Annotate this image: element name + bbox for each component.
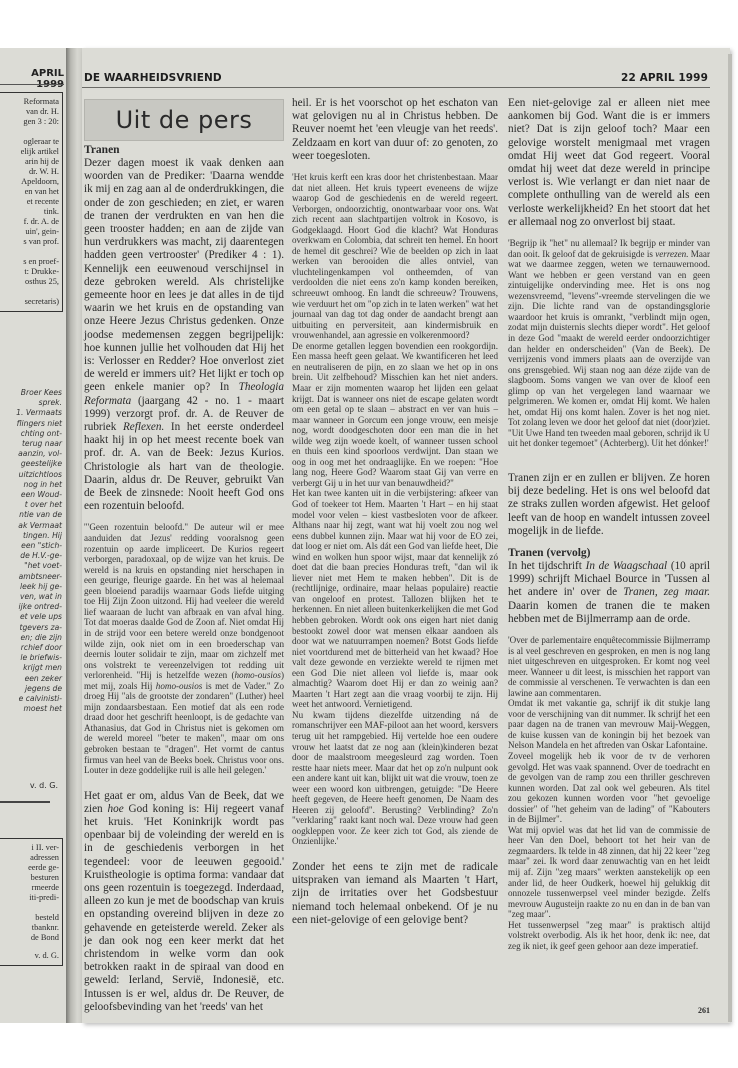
text-line bbox=[0, 247, 59, 257]
text-line: geestelijke bbox=[0, 459, 62, 469]
section-title: Uit de pers bbox=[116, 106, 253, 134]
column-3: Een niet-gelovige zal er alleen niet mee… bbox=[508, 97, 710, 951]
paragraph: Dezer dagen moest ik vaak denken aan woo… bbox=[84, 157, 284, 513]
text-line: rchief door bbox=[0, 643, 62, 653]
text-line: een "stich- bbox=[0, 541, 62, 551]
text-line: van dr. H. bbox=[0, 107, 59, 117]
page-number: 261 bbox=[698, 1006, 710, 1015]
text-line: tgevers za- bbox=[0, 623, 62, 633]
signature: v. d. G. bbox=[0, 951, 59, 961]
publication-name: DE WAARHEIDSVRIEND bbox=[84, 72, 222, 84]
text-line: flingers niet bbox=[0, 419, 62, 429]
quotation: 'Begrijp ik "het" nu allemaal? Ik begrij… bbox=[508, 238, 710, 449]
previous-page-edge: APRIL 1999 Reformatavan dr. H.gen 3 : 20… bbox=[0, 48, 66, 1023]
paragraph: Zonder het eens te zijn met de radicale … bbox=[292, 861, 498, 927]
article-subheading: Tranen (vervolg) bbox=[508, 547, 710, 560]
text-line: le briefwis- bbox=[0, 653, 62, 663]
text-line: 1. Vermaats bbox=[0, 408, 62, 418]
text-line: iti-predi- bbox=[0, 893, 59, 903]
column-2: heil. Er is het voorschot op het eschato… bbox=[292, 97, 498, 927]
text-line: besteld bbox=[0, 913, 59, 923]
text-line: secretaris) bbox=[0, 297, 59, 307]
text-line: eerde ge- bbox=[0, 863, 59, 873]
quotation: Wat mij opviel was dat het lid van de co… bbox=[508, 825, 710, 920]
section-title-box: Uit de pers bbox=[84, 99, 284, 141]
text-line: et recente bbox=[0, 197, 59, 207]
text-line: een Woud- bbox=[0, 490, 62, 500]
quotation: 'Over de parlementaire enquêtecommissie … bbox=[508, 635, 710, 698]
text-line: s en proef- bbox=[0, 257, 59, 267]
text-line: i II. ver- bbox=[0, 843, 59, 853]
text-line: ogleraar te bbox=[0, 137, 59, 147]
text-line bbox=[0, 287, 59, 297]
text-line: ambtsneer- bbox=[0, 572, 62, 582]
text-line: dr. W. H. bbox=[0, 167, 59, 177]
text-line: rmeerde bbox=[0, 883, 59, 893]
paragraph: Tranen zijn er en zullen er blijven. Ze … bbox=[508, 472, 710, 538]
text-line bbox=[0, 903, 59, 913]
text-line: krijgt men bbox=[0, 663, 62, 673]
text-line: ijke ontred- bbox=[0, 602, 62, 612]
previous-page-divider bbox=[0, 801, 50, 803]
text-line: gen 3 : 20: bbox=[0, 117, 59, 127]
paragraph: Het gaat er om, aldus Van de Beek, dat w… bbox=[84, 790, 284, 1014]
previous-page-italic-text: Broer Keessprek.1. Vermaatsflingers niet… bbox=[0, 388, 62, 715]
previous-page-box-2: i II. ver-adresseneerde ge-besturenrmeer… bbox=[0, 838, 63, 966]
text-line: osthus 25, bbox=[0, 277, 59, 287]
article-heading: Tranen bbox=[84, 144, 284, 157]
quotation: 'Het kruis kerft een kras door het chris… bbox=[292, 172, 498, 341]
text-line: de H.V.-ge- bbox=[0, 551, 62, 561]
paragraph: heil. Er is het voorschot op het eschato… bbox=[292, 97, 498, 163]
text-line: e calvinisti- bbox=[0, 694, 62, 704]
quotation: '"Geen rozentuin beloofd." De auteur wil… bbox=[84, 522, 284, 775]
text-line: chting ont- bbox=[0, 429, 62, 439]
text-line: de Bond bbox=[0, 933, 59, 943]
text-line: elijk artikel bbox=[0, 147, 59, 157]
text-line: f. dr. A. de bbox=[0, 217, 59, 227]
previous-header-rule bbox=[0, 84, 64, 85]
magazine-page: DE WAARHEIDSVRIEND 22 APRIL 1999 Uit de … bbox=[82, 48, 730, 1023]
text-line: aanzin, vol- bbox=[0, 449, 62, 459]
text-line: t over het bbox=[0, 500, 62, 510]
previous-page-box-1: Reformatavan dr. H.gen 3 : 20: ogleraar … bbox=[0, 92, 63, 312]
quotation: Het tussenwerpsel "zeg maar" is praktisc… bbox=[508, 920, 710, 952]
text-line: ntie van de bbox=[0, 510, 62, 520]
text-line: tink. bbox=[0, 207, 59, 217]
text-line: "het voet- bbox=[0, 561, 62, 571]
text-line: besturen bbox=[0, 873, 59, 883]
text-line: ak Vermaat bbox=[0, 521, 62, 531]
previous-page-header: APRIL 1999 bbox=[0, 68, 64, 90]
quotation: De enorme getallen leggen bovendien een … bbox=[292, 341, 498, 489]
text-line: leek hij ge- bbox=[0, 582, 62, 592]
column-1: Tranen Dezer dagen moest ik vaak denken … bbox=[84, 144, 284, 1014]
header-rule bbox=[82, 87, 710, 88]
previous-page-signature: v. d. G. bbox=[0, 781, 58, 790]
text-line: sprek. bbox=[0, 398, 62, 408]
text-line: uin', gein- bbox=[0, 227, 59, 237]
text-line: tbanknr. bbox=[0, 923, 59, 933]
text-line: arin hij de bbox=[0, 157, 59, 167]
text-line: t: Drukke- bbox=[0, 267, 59, 277]
text-line: Reformata bbox=[0, 97, 59, 107]
text-line: s van prof. bbox=[0, 237, 59, 247]
text-line: adressen bbox=[0, 853, 59, 863]
text-line: Broer Kees bbox=[0, 388, 62, 398]
paragraph: In het tijdschrift In de Waagschaal (10 … bbox=[508, 560, 710, 626]
page-edge bbox=[728, 54, 732, 1022]
text-line: tingen. Hij bbox=[0, 531, 62, 541]
text-line: et vele ups bbox=[0, 612, 62, 622]
quotation: Omdat ik met vakantie ga, schrijf ik dit… bbox=[508, 698, 710, 751]
text-line: nog in het bbox=[0, 480, 62, 490]
text-line: uitzichtloos bbox=[0, 470, 62, 480]
quotation: Het kan twee kanten uit in die verbijste… bbox=[292, 488, 498, 709]
text-line: en van het bbox=[0, 187, 59, 197]
text-line: een zeker bbox=[0, 674, 62, 684]
quotation: Nu kwam tijdens diezelfde uitzending ná … bbox=[292, 710, 498, 847]
issue-date: 22 APRIL 1999 bbox=[621, 72, 708, 84]
text-line: terug naar bbox=[0, 439, 62, 449]
text-line: moest het bbox=[0, 704, 62, 714]
paragraph: Een niet-gelovige zal er alleen niet mee… bbox=[508, 97, 710, 229]
text-line: Apeldoorn, bbox=[0, 177, 59, 187]
text-line bbox=[0, 127, 59, 137]
book-gutter bbox=[66, 48, 82, 1023]
quotation: Zoveel mogelijk heb ik voor de tv de ver… bbox=[508, 751, 710, 825]
text-line: en; die zijn bbox=[0, 633, 62, 643]
text-line: ven, wat in bbox=[0, 592, 62, 602]
text-line: jegens de bbox=[0, 684, 62, 694]
